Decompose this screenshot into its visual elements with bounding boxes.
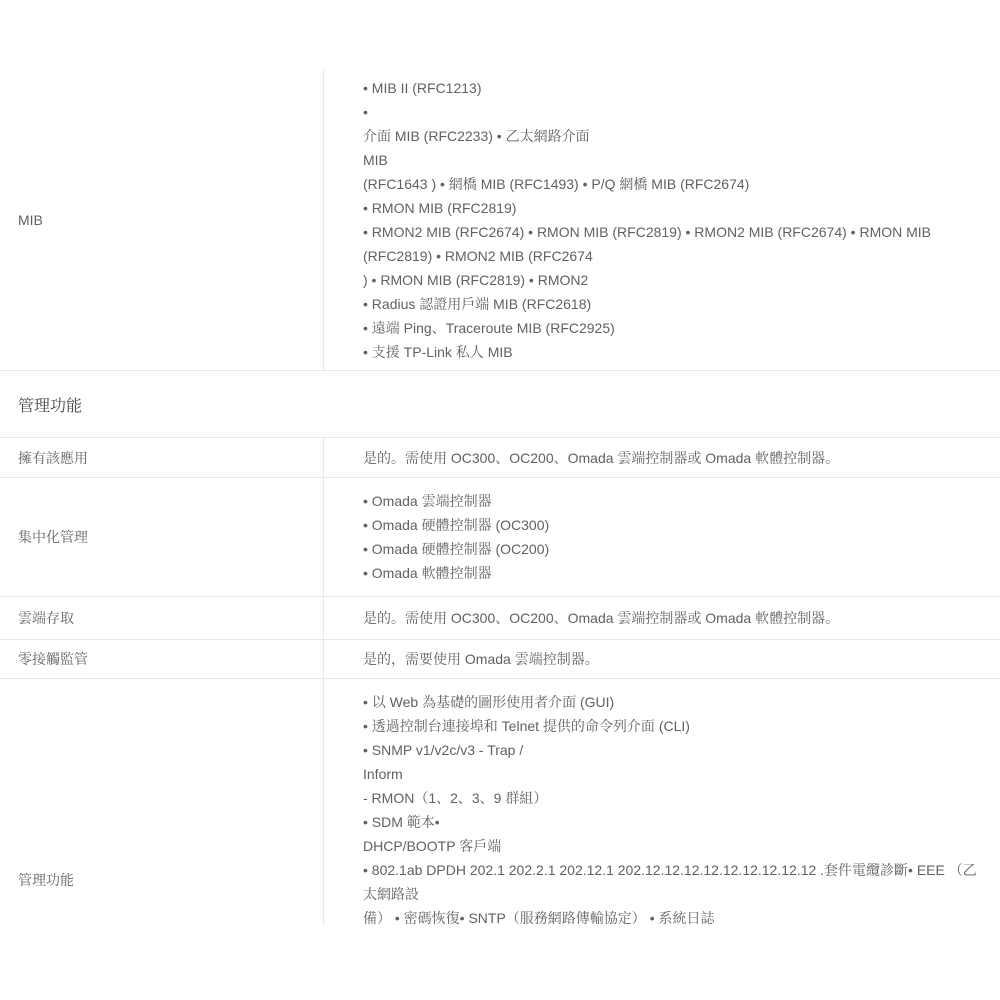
spec-line: 是的。需使用 OC300、OC200、Omada 雲端控制器或 Omada 軟體… [363,606,980,630]
spec-page: MIB • MIB II (RFC1213) • 介面 MIB (RFC2233… [0,0,1000,1000]
spec-line: MIB [363,148,980,172]
spec-row-mgmt-features: 管理功能 • 以 Web 為基礎的圖形使用者介面 (GUI) • 透過控制台連接… [0,679,1000,926]
row-label-zero-touch: 零接觸監管 [0,640,323,678]
spec-line: • RMON MIB (RFC2819) [363,196,980,220]
spec-line: (RFC2819) • RMON2 MIB (RFC2674 [363,244,980,268]
spec-line: • RMON2 MIB (RFC2674) • RMON MIB (RFC281… [363,220,980,244]
row-label-text: 零接觸監管 [18,649,88,669]
row-value-mgmt-features: • 以 Web 為基礎的圖形使用者介面 (GUI) • 透過控制台連接埠和 Te… [323,679,1000,926]
spec-line: • Omada 軟體控制器 [363,561,980,585]
spec-line: DHCP/BOOTP 客戶端 [363,834,980,858]
row-label-mib: MIB [0,70,323,370]
spec-line: (RFC1643 ) • 網橋 MIB (RFC1493) • P/Q 網橋 M… [363,172,980,196]
row-label-text: MIB [18,212,43,228]
spec-line: • Omada 硬體控制器 (OC300) [363,513,980,537]
row-label-text: 雲端存取 [18,608,74,628]
spec-line: • Omada 雲端控制器 [363,489,980,513]
row-value-zero-touch: 是的，需要使用 Omada 雲端控制器。 [323,640,1000,678]
spec-line: • 以 Web 為基礎的圖形使用者介面 (GUI) [363,690,980,714]
spec-row-cloud-access: 雲端存取 是的。需使用 OC300、OC200、Omada 雲端控制器或 Oma… [0,597,1000,640]
row-value-centralized-mgmt: • Omada 雲端控制器 • Omada 硬體控制器 (OC300) • Om… [323,478,1000,596]
spec-line: • 遠端 Ping、Traceroute MIB (RFC2925) [363,316,980,340]
section-header: 管理功能 [0,371,1000,438]
section-header-title: 管理功能 [18,393,82,416]
spec-line: • 802.1ab DPDH 202.1 202.2.1 202.12.1 20… [363,858,980,906]
spec-row-zero-touch: 零接觸監管 是的，需要使用 Omada 雲端控制器。 [0,640,1000,679]
row-value-cloud-access: 是的。需使用 OC300、OC200、Omada 雲端控制器或 Omada 軟體… [323,597,1000,639]
row-value-own-app: 是的。需使用 OC300、OC200、Omada 雲端控制器或 Omada 軟體… [323,438,1000,477]
spec-row-own-app: 擁有該應用 是的。需使用 OC300、OC200、Omada 雲端控制器或 Om… [0,438,1000,478]
spec-line: - RMON（1、2、3、9 群組） [363,786,980,810]
spec-line: 是的，需要使用 Omada 雲端控制器。 [363,647,980,671]
spec-line: • SNMP v1/v2c/v3 - Trap / [363,738,980,762]
spec-line: 介面 MIB (RFC2233) • 乙太網路介面 [363,124,980,148]
spec-table: MIB • MIB II (RFC1213) • 介面 MIB (RFC2233… [0,0,1000,926]
row-label-own-app: 擁有該應用 [0,438,323,477]
row-value-mib: • MIB II (RFC1213) • 介面 MIB (RFC2233) • … [323,70,1000,370]
spec-line: 備） • 密碼恢復• SNTP（服務網路傳輸協定） • 系統日誌 [363,906,980,926]
row-label-text: 集中化管理 [18,527,88,547]
spec-line: • Radius 認證用戶端 MIB (RFC2618) [363,292,980,316]
spec-line: • [363,100,980,124]
spec-line: • SDM 範本• [363,810,980,834]
row-label-cloud-access: 雲端存取 [0,597,323,639]
row-label-text: 管理功能 [18,870,74,890]
spec-line: ) • RMON MIB (RFC2819) • RMON2 [363,268,980,292]
spec-row-centralized-mgmt: 集中化管理 • Omada 雲端控制器 • Omada 硬體控制器 (OC300… [0,478,1000,597]
spec-line: Inform [363,762,980,786]
spec-row-mib: MIB • MIB II (RFC1213) • 介面 MIB (RFC2233… [0,70,1000,371]
spec-line: • Omada 硬體控制器 (OC200) [363,537,980,561]
spec-line: • MIB II (RFC1213) [363,76,980,100]
spec-line: • 支援 TP-Link 私人 MIB [363,340,980,364]
row-label-centralized-mgmt: 集中化管理 [0,478,323,596]
spec-line: • 透過控制台連接埠和 Telnet 提供的命令列介面 (CLI) [363,714,980,738]
row-label-text: 擁有該應用 [18,448,88,468]
row-label-mgmt-features: 管理功能 [0,679,323,926]
spec-line: 是的。需使用 OC300、OC200、Omada 雲端控制器或 Omada 軟體… [363,446,980,470]
